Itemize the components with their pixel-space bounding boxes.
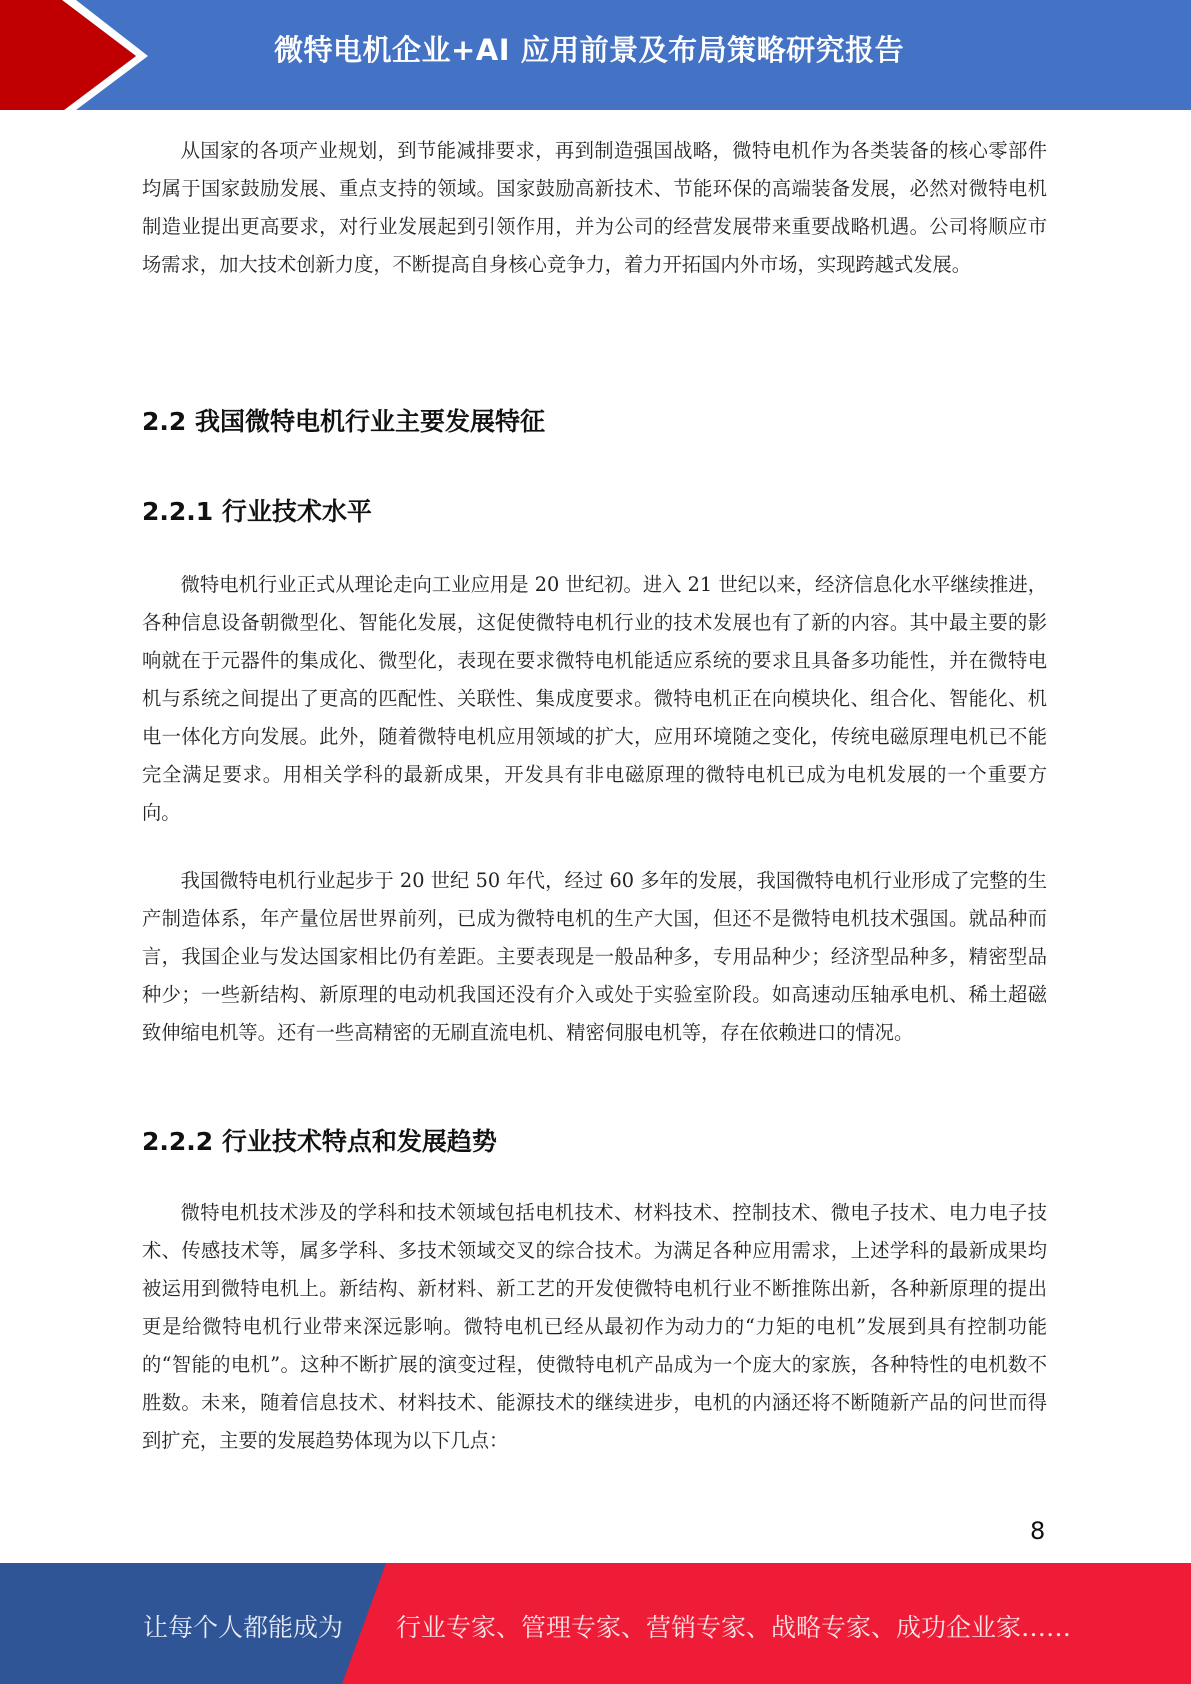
section-heading-2-2: 2.2 我国微特电机行业主要发展特征 — [142, 402, 545, 438]
intro-paragraph: 从国家的各项产业规划，到节能减排要求，再到制造强国战略，微特电机作为各类装备的核… — [142, 132, 1047, 284]
report-title: 微特电机企业+AI 应用前景及布局策略研究报告 — [274, 28, 904, 69]
footer-slogan-left: 让每个人都能成为 — [143, 1608, 343, 1644]
section-heading-2-2-1: 2.2.1 行业技术水平 — [142, 492, 372, 528]
paragraph-tech-level-2: 我国微特电机行业起步于 20 世纪 50 年代，经过 60 多年的发展，我国微特… — [142, 862, 1047, 1052]
paragraph-tech-level-1: 微特电机行业正式从理论走向工业应用是 20 世纪初。进入 21 世纪以来，经济信… — [142, 566, 1047, 832]
page-number: 8 — [1030, 1517, 1045, 1545]
red-chevron-icon — [0, 0, 160, 110]
paragraph-tech-trends: 微特电机技术涉及的学科和技术领域包括电机技术、材料技术、控制技术、微电子技术、电… — [142, 1194, 1047, 1460]
page-header-banner: 微特电机企业+AI 应用前景及布局策略研究报告 — [0, 0, 1191, 110]
page-footer-banner: 让每个人都能成为 行业专家、管理专家、营销专家、战略专家、成功企业家…… — [0, 1563, 1191, 1684]
section-heading-2-2-2: 2.2.2 行业技术特点和发展趋势 — [142, 1122, 497, 1158]
footer-slogan-right: 行业专家、管理专家、营销专家、战略专家、成功企业家…… — [396, 1608, 1071, 1644]
